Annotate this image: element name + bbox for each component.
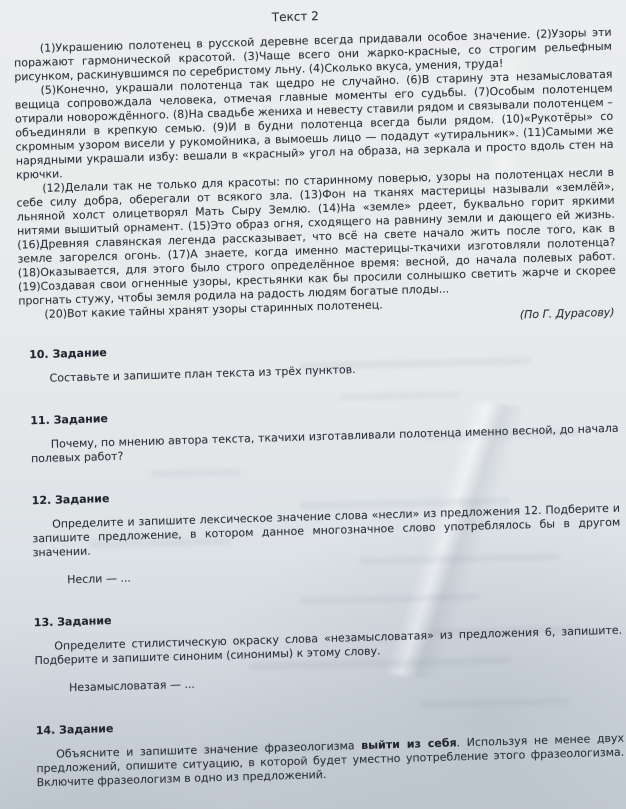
task-12: 12. Задание Определите и запишите лексич…: [32, 478, 621, 589]
task-10: 10. Задание Составьте и запишите план те…: [29, 332, 617, 387]
task-12-answer-stub: Несли — ...: [67, 558, 621, 588]
source-text: (1)Украшению полотенец в русской деревне…: [14, 26, 617, 337]
scanned-document-page: Текст 2 (1)Украшению полотенец в русской…: [0, 0, 626, 791]
document-title: Текст 2: [13, 1, 611, 32]
text-paragraph-2: (5)Конечно, украшали полотенца так щедро…: [14, 68, 614, 183]
task-11-body: Почему, по мнению автора текста, ткачихи…: [31, 422, 619, 467]
text-paragraph-3: (12)Делали так не только для красоты: по…: [16, 166, 616, 309]
task-13-answer-stub: Незамысловатая — ...: [69, 666, 623, 696]
task-11: 11. Задание Почему, по мнению автора тек…: [30, 398, 619, 467]
task-12-body: Определите и запишите лексическое значен…: [32, 502, 621, 561]
task-10-body: Составьте и запишите план текста из трёх…: [30, 356, 618, 387]
task-13: 13. Задание Определите стилистическую ок…: [34, 600, 623, 697]
tasks-section: 10. Задание Составьте и запишите план те…: [29, 332, 625, 791]
task-14-idiom: выйти из себя: [361, 736, 457, 752]
task-13-body: Определите стилистическую окраску слова …: [34, 624, 622, 669]
